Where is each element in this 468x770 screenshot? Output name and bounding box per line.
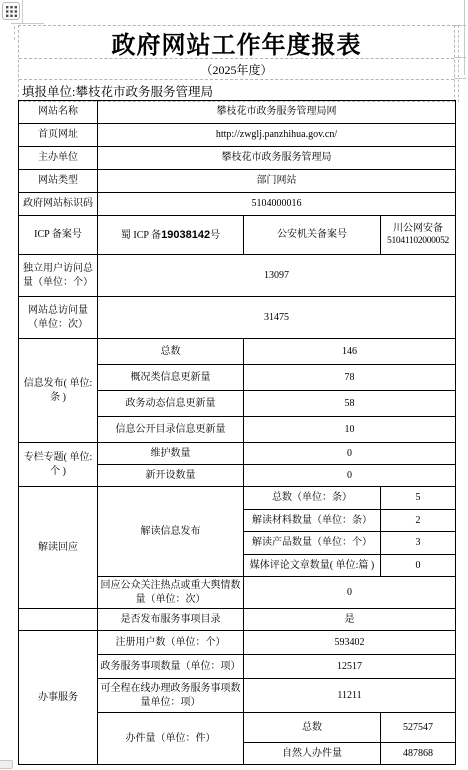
report-year-subtitle: （2025年度） xyxy=(19,58,454,79)
services-registered-users-value: 593402 xyxy=(244,631,456,655)
info-publish-overview-label: 概况类信息更新量 xyxy=(98,365,244,391)
services-items-value: 12517 xyxy=(244,655,456,679)
special-topics-maintain-label: 维护数量 xyxy=(98,443,244,465)
icp-value-prefix: 蜀 ICP 备 xyxy=(121,230,161,241)
table-row: 主办单位 攀枝花市政务服务管理局 xyxy=(19,147,456,170)
interpret-media-value: 0 xyxy=(381,555,456,577)
services-cases-total-value: 527547 xyxy=(381,713,456,743)
interpret-hotspot-label: 回应公众关注热点或重大舆情数量（单位：次） xyxy=(98,577,244,609)
services-online-items-label: 可全程在线办理政务服务事项数量单位：项） xyxy=(98,679,244,713)
table-row: 独立用户访问总量（单位：个） 13097 xyxy=(19,255,456,297)
info-publish-catalog-value: 10 xyxy=(244,417,456,443)
interpret-hotspot-value: 0 xyxy=(244,577,456,609)
table-row: 解读回应 解读信息发布 总数（单位：条） 5 xyxy=(19,487,456,510)
organizer-label: 主办单位 xyxy=(19,147,98,170)
unique-visitors-label: 独立用户访问总量（单位：个） xyxy=(19,255,98,297)
ruler-guide-vertical-right xyxy=(464,0,465,75)
site-code-label: 政府网站标识码 xyxy=(19,193,98,216)
interpret-media-label: 媒体评论文章数量( 单位:篇 ) xyxy=(244,555,381,577)
police-record-label: 公安机关备案号 xyxy=(244,216,381,255)
site-type-label: 网站类型 xyxy=(19,170,98,193)
table-drag-handle-icon[interactable] xyxy=(2,2,20,20)
info-publish-overview-value: 78 xyxy=(244,365,456,391)
info-publish-total-value: 146 xyxy=(244,339,456,365)
table-row: 网站名称 攀枝花市政务服务管理局网 xyxy=(19,101,456,124)
special-topics-maintain-value: 0 xyxy=(244,443,456,465)
services-cases-total-label: 总数 xyxy=(244,713,381,743)
site-type-value: 部门网站 xyxy=(98,170,456,193)
interpret-publish-label: 解读信息发布 xyxy=(98,487,244,577)
table-row: ICP 备案号 蜀 ICP 备19038142号 公安机关备案号 川公网安备 5… xyxy=(19,216,456,255)
table-row: 办事服务 注册用户数（单位：个） 593402 xyxy=(19,631,456,655)
info-publish-dynamic-value: 58 xyxy=(244,391,456,417)
info-publish-catalog-label: 信息公开目录信息更新量 xyxy=(98,417,244,443)
annual-report-table: 网站名称 攀枝花市政务服务管理局网 首页网址 http://zwglj.panz… xyxy=(18,100,456,765)
special-topics-new-label: 新开设数量 xyxy=(98,465,244,487)
report-header: 政府网站工作年度报表 （2025年度） 填报单位:攀枝花市政务服务管理局 xyxy=(18,25,455,102)
info-publish-total-label: 总数 xyxy=(98,339,244,365)
special-topics-section-label: 专栏专题( 单位: 个 ) xyxy=(19,443,98,487)
table-row: 是否发布服务事项目录 是 xyxy=(19,609,456,631)
table-row: 首页网址 http://zwglj.panzhihua.gov.cn/ xyxy=(19,124,456,147)
ruler-guide-vertical-left xyxy=(22,0,23,23)
info-publish-section-label: 信息发布( 单位: 条 ) xyxy=(19,339,98,443)
services-registered-users-label: 注册用户数（单位：个） xyxy=(98,631,244,655)
table-row: 信息发布( 单位: 条 ) 总数 146 xyxy=(19,339,456,365)
icp-value-suffix: 号 xyxy=(210,230,220,241)
gridline-extension-mid xyxy=(455,57,466,58)
services-online-items-value: 11211 xyxy=(244,679,456,713)
table-row: 专栏专题( 单位: 个 ) 维护数量 0 xyxy=(19,443,456,465)
police-record-value: 川公网安备 51041102000052 xyxy=(381,216,456,255)
interpret-material-value: 2 xyxy=(381,510,456,532)
home-url-label: 首页网址 xyxy=(19,124,98,147)
site-name-value: 攀枝花市政务服务管理局网 xyxy=(98,101,456,124)
page-title: 政府网站工作年度报表 xyxy=(19,26,454,58)
gridline-extension-top xyxy=(455,25,466,26)
ruler-guide-horizontal-left xyxy=(11,23,44,24)
police-record-line1: 川公网安备 xyxy=(383,222,453,236)
info-publish-dynamic-label: 政务动态信息更新量 xyxy=(98,391,244,417)
table-row: 政府网站标识码 5104000016 xyxy=(19,193,456,216)
home-url-value: http://zwglj.panzhihua.gov.cn/ xyxy=(98,124,456,147)
interpret-material-label: 解读材料数量（单位：条） xyxy=(244,510,381,532)
interpret-product-value: 3 xyxy=(381,532,456,555)
organizer-value: 攀枝花市政务服务管理局 xyxy=(98,147,456,170)
services-section-label: 办事服务 xyxy=(19,631,98,765)
site-code-value: 5104000016 xyxy=(98,193,456,216)
services-items-label: 政务服务事项数量（单位：项） xyxy=(98,655,244,679)
reporting-unit: 填报单位:攀枝花市政务服务管理局 xyxy=(19,79,454,101)
gridline-extension-bottom xyxy=(455,78,466,79)
services-cases-natural-value: 487868 xyxy=(381,743,456,765)
interpret-total-label: 总数（单位：条） xyxy=(244,487,381,510)
icp-value: 蜀 ICP 备19038142号 xyxy=(98,216,244,255)
site-name-label: 网站名称 xyxy=(19,101,98,124)
next-table-handle-icon[interactable] xyxy=(0,760,13,769)
catalog-label: 是否发布服务事项目录 xyxy=(98,609,244,631)
interpret-section-label: 解读回应 xyxy=(19,487,98,609)
services-cases-natural-label: 自然人办件量 xyxy=(244,743,381,765)
police-record-line2: 51041102000052 xyxy=(383,235,453,248)
icp-value-number: 19038142 xyxy=(161,229,210,241)
table-row: 网站类型 部门网站 xyxy=(19,170,456,193)
interpret-product-label: 解读产品数量（单位：个） xyxy=(244,532,381,555)
icp-label: ICP 备案号 xyxy=(19,216,98,255)
services-cases-label: 办件量（单位：件） xyxy=(98,713,244,765)
interpret-total-value: 5 xyxy=(381,487,456,510)
special-topics-new-value: 0 xyxy=(244,465,456,487)
gridline-guide-right xyxy=(458,25,459,102)
unique-visitors-value: 13097 xyxy=(98,255,456,297)
total-visits-value: 31475 xyxy=(98,297,456,339)
catalog-empty-cell xyxy=(19,609,98,631)
grid-glyph-icon xyxy=(6,6,17,17)
catalog-value: 是 xyxy=(244,609,456,631)
gridline-guide-left xyxy=(14,26,15,40)
table-row: 网站总访问量（单位：次） 31475 xyxy=(19,297,456,339)
total-visits-label: 网站总访问量（单位：次） xyxy=(19,297,98,339)
